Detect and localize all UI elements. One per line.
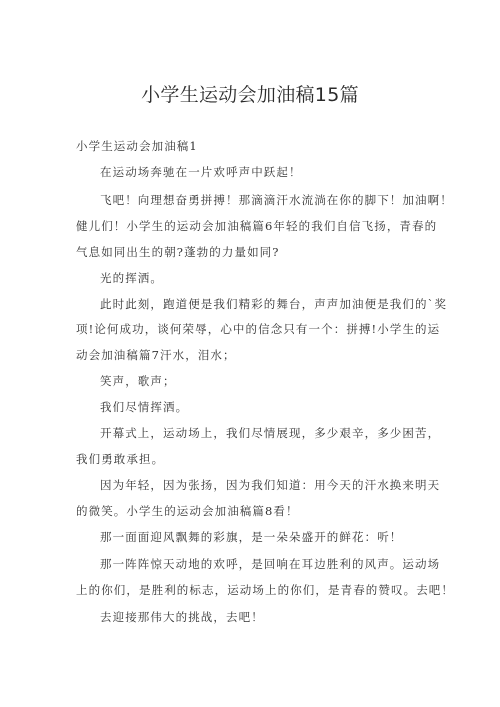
document-page: 小学生运动会加油稿15篇 小学生运动会加油稿1在运动场奔驰在一片欢呼声中跃起！飞… — [0, 0, 500, 707]
paragraph-line: 的微笑。小学生的运动会加油稿篇8看！ — [76, 503, 299, 519]
paragraph-line: 气息如同出生的朝?蓬勃的力量如同? — [76, 244, 280, 260]
section-heading: 小学生运动会加油稿1 — [76, 138, 198, 154]
paragraph-line: 飞吧！向理想奋勇拼搏！那滴滴汗水流淌在你的脚下！加油啊！ — [100, 192, 453, 208]
paragraph-line: 开幕式上，运动场上，我们尽情展现，多少艰辛，多少困苦， — [100, 425, 440, 441]
paragraph-line: 我们勇敢承担。 — [76, 451, 164, 467]
paragraph-line: 此时此刻，跑道便是我们精彩的舞台，声声加油便是我们的`奖 — [100, 296, 447, 312]
paragraph-line: 那一面面迎风飘舞的彩旗，是一朵朵盛开的鲜花：听！ — [100, 529, 402, 545]
paragraph-line: 因为年轻，因为张扬，因为我们知道：用今天的汗水换来明天 — [100, 477, 440, 493]
paragraph-line: 健儿们！小学生的运动会加油稿篇6年轻的我们自信飞扬，青春的 — [76, 218, 437, 234]
paragraph-line: 在运动场奔驰在一片欢呼声中跃起！ — [100, 164, 302, 180]
paragraph-line: 去迎接那伟大的挑战，去吧！ — [100, 609, 264, 625]
paragraph-line: 动会加油稿篇7汗水，泪水； — [76, 347, 236, 363]
paragraph-line: 上的你们，是胜利的标志，运动场上的你们，是青春的赞叹。去吧！ — [76, 582, 454, 598]
paragraph-line: 笑声，歌声； — [100, 373, 176, 389]
paragraph-line: 那一阵阵惊天动地的欢呼，是回响在耳边胜利的风声。运动场 — [100, 556, 440, 572]
paragraph-line: 光的挥洒。 — [100, 270, 163, 286]
paragraph-line: 我们尽情挥洒。 — [100, 399, 188, 415]
paragraph-line: 项!论何成功，谈何荣辱，心中的信念只有一个：拼搏!小学生的运 — [76, 321, 440, 337]
document-title: 小学生运动会加油稿15篇 — [0, 80, 500, 110]
